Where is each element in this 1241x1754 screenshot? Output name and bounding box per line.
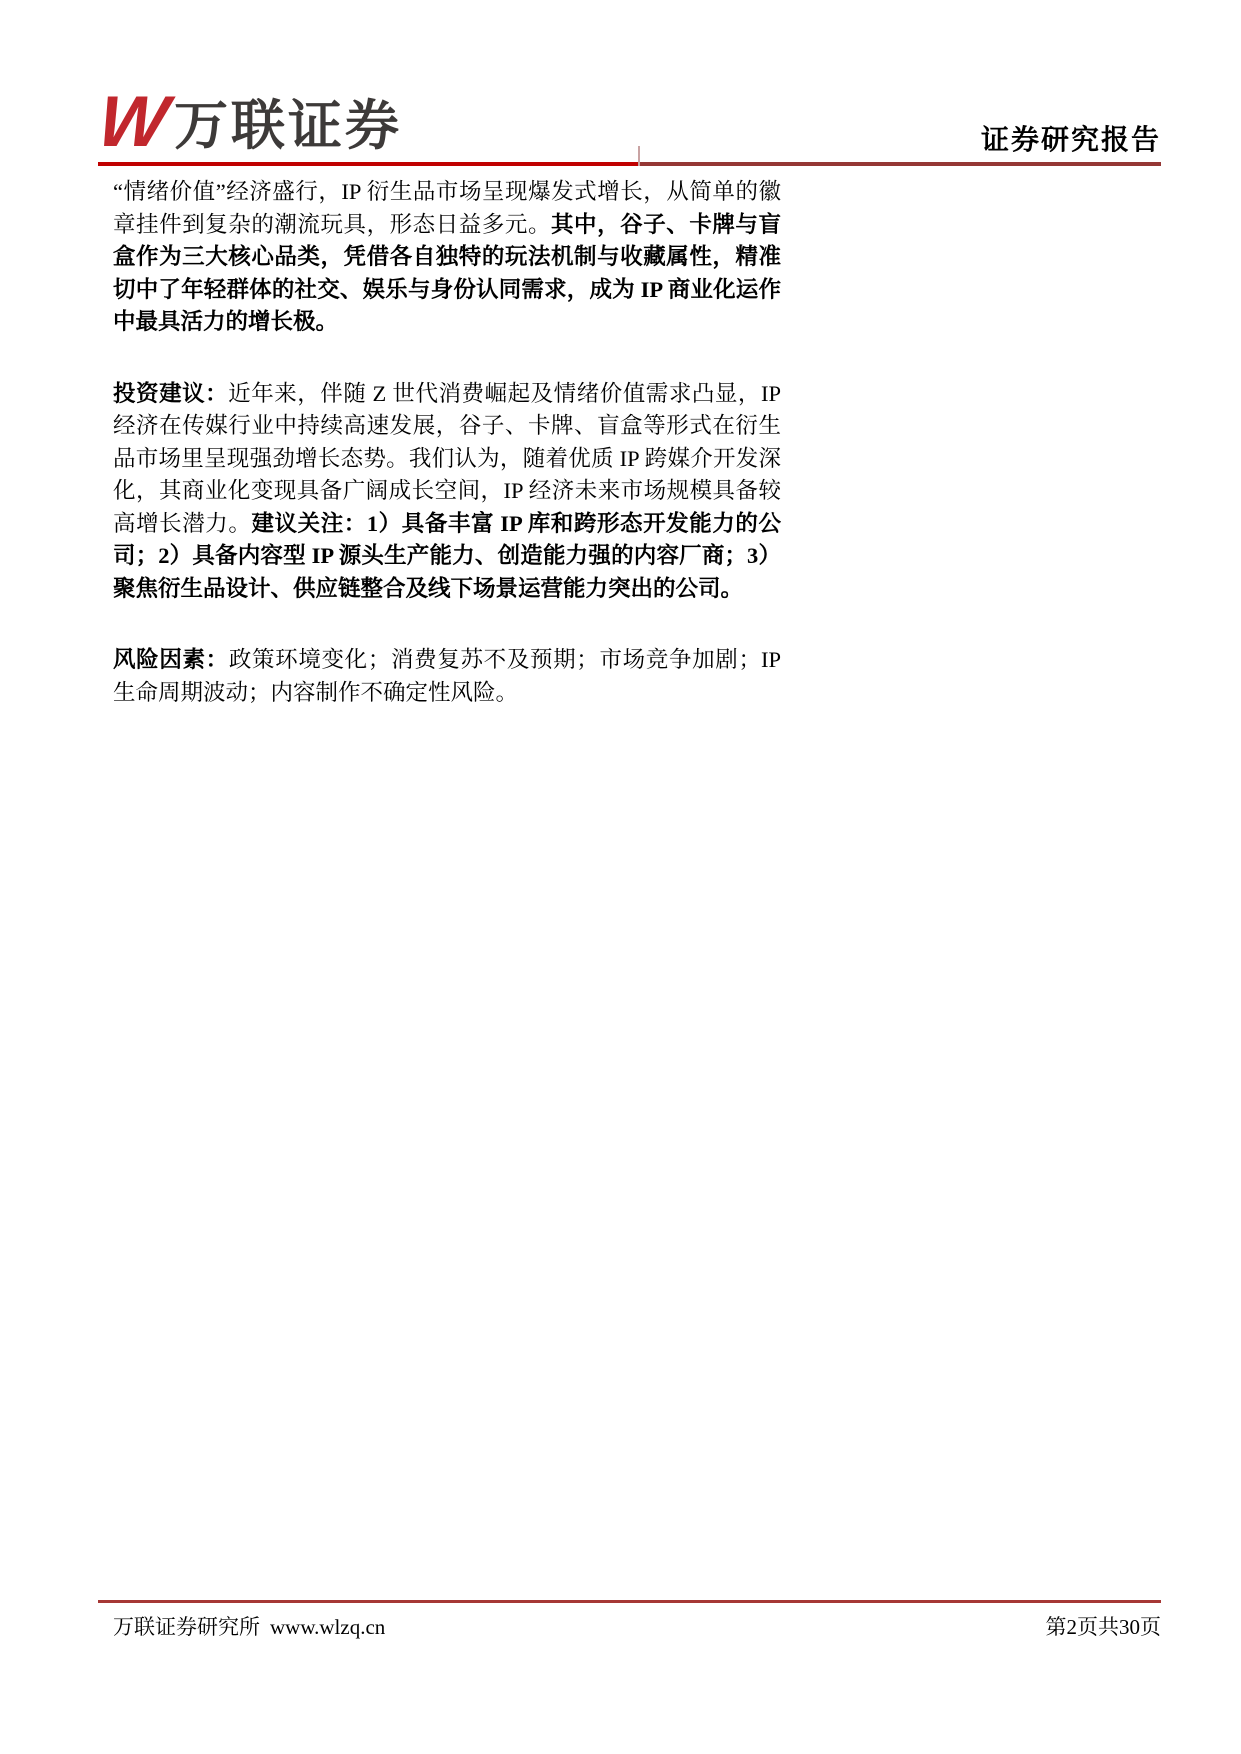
report-page: W 万联证券 证券研究报告 “情绪价值”经济盛行，IP 衍生品市场呈现爆发式增长… (0, 0, 1241, 1754)
institute-website: www.wlzq.cn (270, 1615, 385, 1639)
wanlian-securities-logo: W 万联证券 (99, 90, 402, 155)
investment-advice-label: 投资建议： (113, 381, 228, 406)
paragraph-investment-advice: 投资建议：近年来，伴随 Z 世代消费崛起及情绪价值需求凸显，IP 经济在传媒行业… (113, 378, 781, 606)
header-divider-right-segment (639, 162, 1161, 166)
institute-name: 万联证券研究所 (113, 1615, 260, 1639)
logo-w-icon: W (94, 90, 166, 155)
footer-institute: 万联证券研究所www.wlzq.cn (113, 1611, 385, 1641)
header-divider-tick (638, 146, 640, 166)
page-number: 第2页共30页 (1046, 1611, 1162, 1641)
logo-company-name: 万联证券 (174, 99, 402, 155)
risk-factors-label: 风险因素： (113, 647, 229, 672)
header-divider-left-segment (98, 162, 639, 166)
paragraph-risk-factors: 风险因素：政策环境变化；消费复苏不及预期；市场竞争加剧；IP 生命周期波动；内容… (113, 644, 781, 709)
footer-divider (98, 1600, 1161, 1603)
paragraph-summary: “情绪价值”经济盛行，IP 衍生品市场呈现爆发式增长，从简单的徽章挂件到复杂的潮… (113, 176, 781, 339)
report-body: “情绪价值”经济盛行，IP 衍生品市场呈现爆发式增长，从简单的徽章挂件到复杂的潮… (113, 176, 781, 748)
report-type-label: 证券研究报告 (981, 118, 1161, 158)
header-divider (98, 162, 1161, 166)
